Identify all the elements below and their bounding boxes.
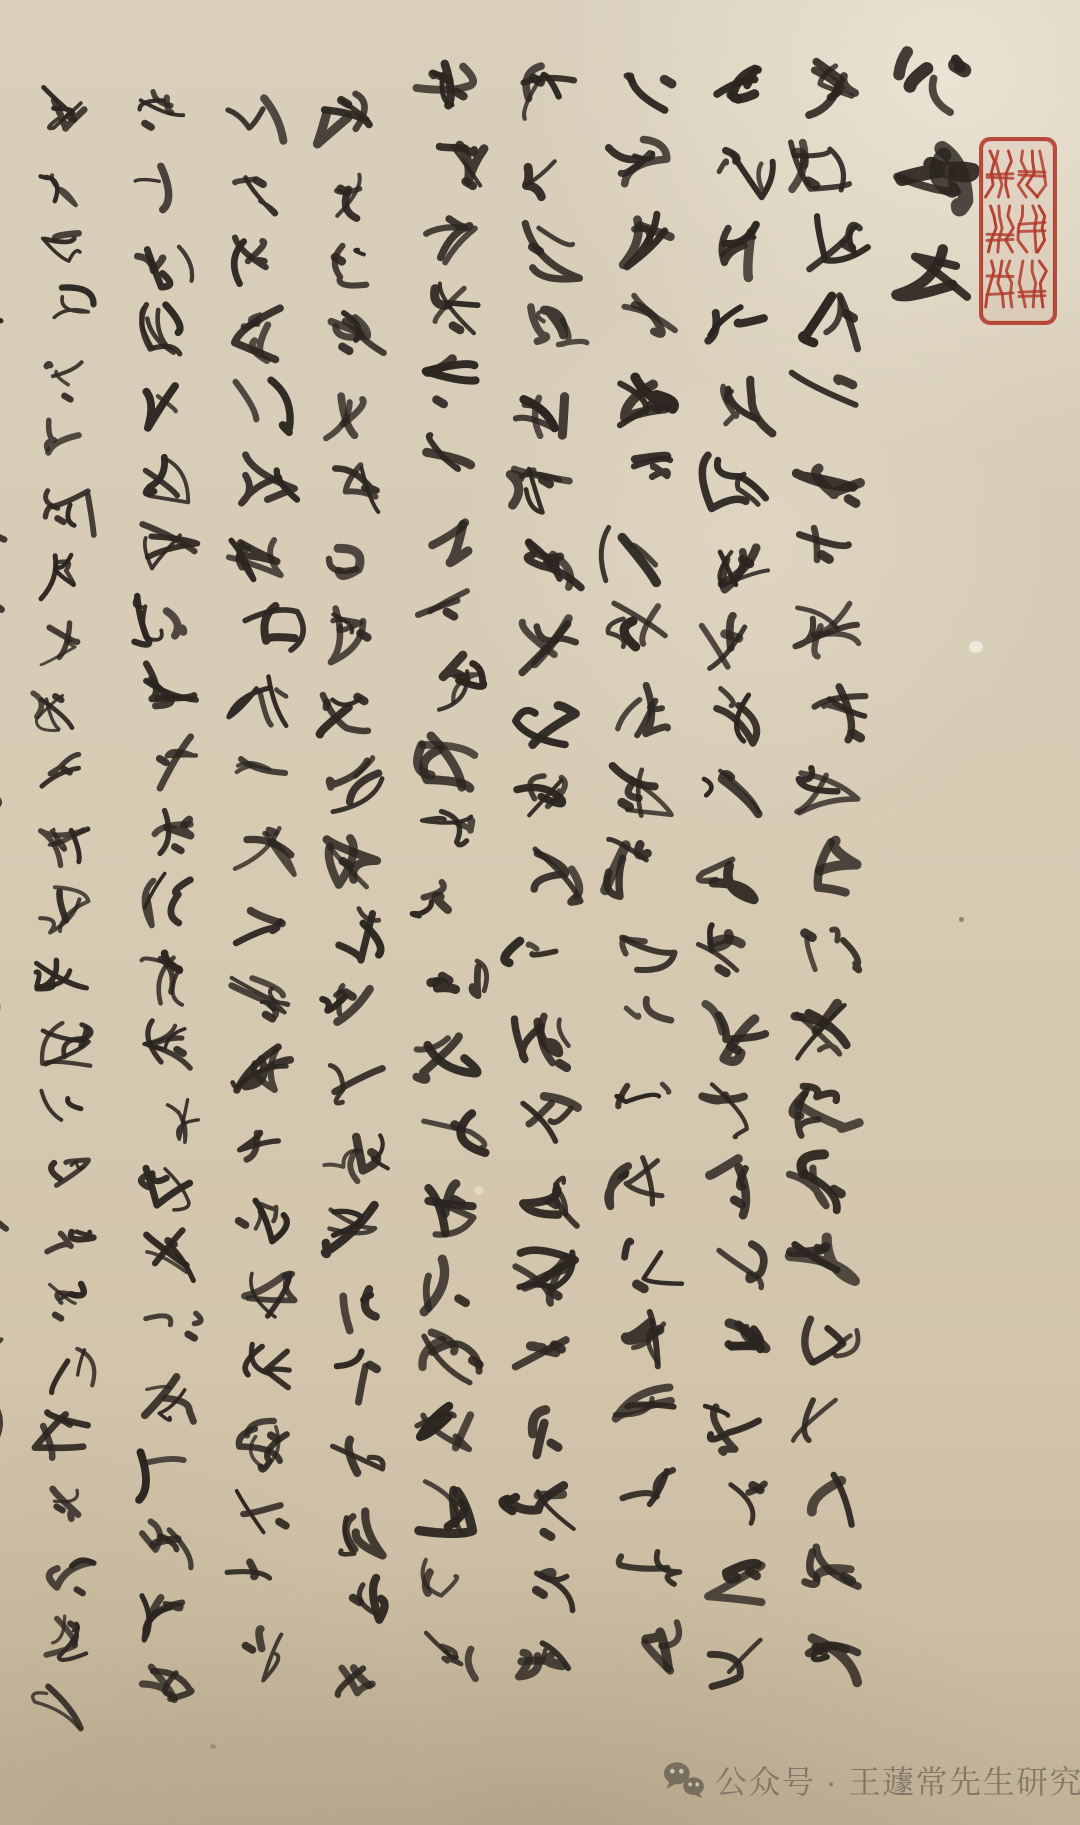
body-column-3 (601, 75, 682, 1671)
body-column-6 (317, 94, 387, 1695)
body-column-5 (412, 64, 486, 1679)
wechat-icon (662, 1760, 706, 1800)
body-column-4 (503, 66, 587, 1677)
paper-blemish (210, 1744, 216, 1749)
artist-seal-stamp-icon (978, 136, 1058, 326)
body-column-7 (227, 98, 303, 1680)
body-column-8 (135, 92, 201, 1700)
title-column (896, 52, 972, 297)
paper-blemish (959, 917, 964, 922)
calligraphy-canvas (0, 0, 1080, 1825)
body-column-9 (33, 87, 95, 1728)
calligraphy-page: 公众号 · 王蘧常先生研究 (0, 0, 1080, 1825)
watermark-label: 公众号 · 王蘧常先生研究 (715, 1757, 1080, 1803)
body-column-1 (790, 62, 868, 1683)
watermark: 公众号 · 王蘧常先生研究 (662, 1756, 1080, 1804)
body-column-2 (698, 69, 773, 1686)
paper-blemish (969, 641, 983, 653)
edge-clipped-column (0, 78, 6, 1712)
paper-blemish (474, 1186, 484, 1195)
